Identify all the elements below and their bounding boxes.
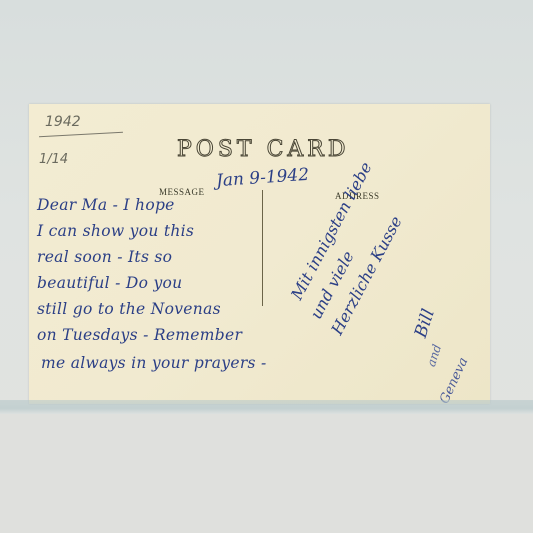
message-address-divider — [262, 190, 263, 306]
postcard-title: POST CARD — [177, 137, 350, 162]
postcard: 1942 1/14 POST CARD MESSAGE ADDRESS Jan … — [29, 104, 490, 404]
message-line: on Tuesdays - Remember — [37, 326, 242, 344]
pencil-year-note: 1942 — [45, 114, 81, 130]
message-line: beautiful - Do you — [37, 274, 182, 292]
message-line: I can show you this — [37, 222, 194, 240]
signature-bill: Bill — [411, 307, 439, 341]
message-line: still go to the Novenas — [37, 300, 221, 318]
display-surface — [0, 414, 533, 533]
message-line: Dear Ma - I hope — [37, 196, 175, 214]
written-date: Jan 9-1942 — [215, 165, 309, 191]
signature-and: and — [424, 343, 444, 369]
message-line: me always in your prayers - — [41, 354, 267, 372]
pencil-date-note: 1/14 — [39, 152, 68, 167]
glass-shelf-edge — [0, 400, 533, 414]
signature-geneva: Geneva — [437, 355, 471, 406]
pencil-underline — [39, 132, 123, 137]
message-line: real soon - Its so — [37, 248, 172, 266]
